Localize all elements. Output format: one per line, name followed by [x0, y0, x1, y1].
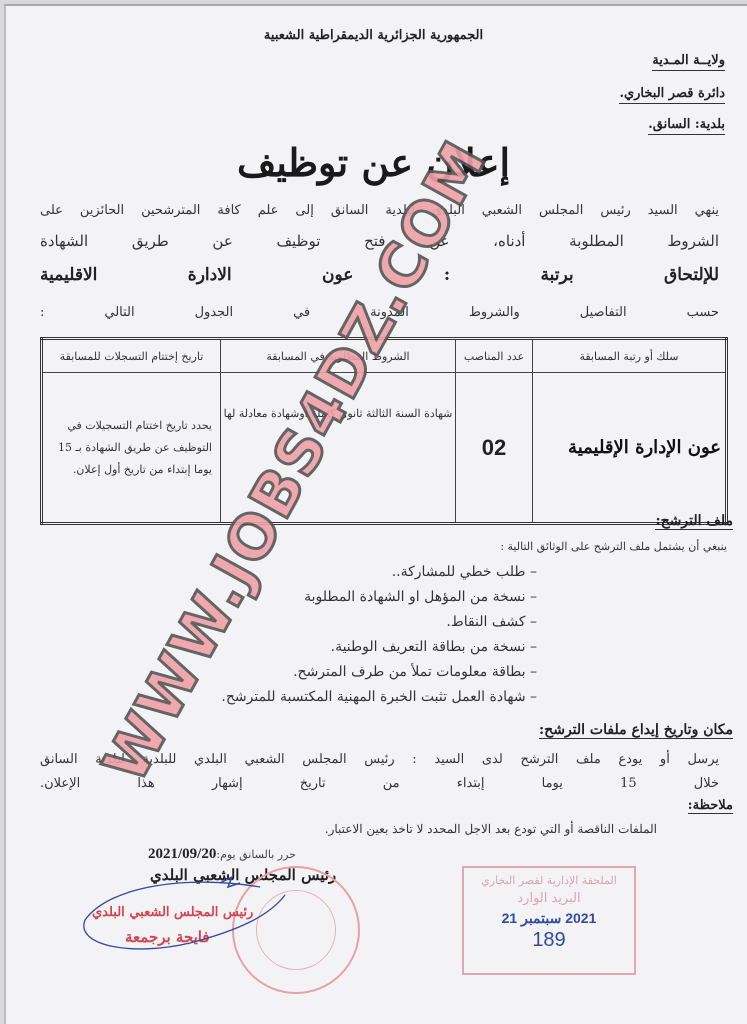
- baladiya-label: بلدية: السانق.: [648, 117, 725, 135]
- list-item: نسخة من بطاقة التعريف الوطنية.: [221, 635, 537, 660]
- receipt-stamp-line-1: الملحقة الإدارية لقصر البخاري: [464, 874, 634, 887]
- receipt-stamp-line-2: البريد الوارد: [464, 891, 634, 906]
- daira-label: دائرة قصر البخاري.: [619, 86, 725, 104]
- documents-list: طلب خطي للمشاركة.. نسخة من المؤهل او الش…: [221, 560, 537, 710]
- signature-date: 2021/09/20: [148, 846, 216, 862]
- table-row: عون الإدارة الإقليمية 02 شهادة السنة الث…: [42, 373, 727, 524]
- receipt-date: 2021 سبتمبر 21: [464, 910, 634, 927]
- page-title: إعلان عن توظيف: [0, 140, 747, 185]
- note-text: الملفات الناقصة أو التي تودع بعد الاجل ا…: [325, 822, 657, 836]
- receipt-stamp: الملحقة الإدارية لقصر البخاري البريد الو…: [462, 866, 636, 975]
- list-item: شهادة العمل تثبت الخبرة المهنية المكتسبة…: [221, 685, 537, 710]
- list-item: بطاقة معلومات تملأ من طرف المترشح.: [221, 660, 537, 685]
- file-heading: ملف الترشح:: [655, 513, 733, 530]
- republic-header: الجمهورية الجزائرية الديمقراطية الشعبية: [0, 28, 747, 43]
- intro-line-1: ينهي السيد رئيس المجلس الشعبي البلدي لبل…: [40, 203, 719, 218]
- col-posts: عدد المناصب: [456, 339, 533, 373]
- list-item: كشف النقاط.: [221, 610, 537, 635]
- list-item: نسخة من المؤهل او الشهادة المطلوبة: [221, 585, 537, 610]
- wilaya-label: ولايــة المـدية: [652, 53, 725, 71]
- cell-rank: عون الإدارة الإقليمية: [533, 373, 727, 524]
- col-rank: سلك أو رتبة المسابقة: [533, 339, 727, 373]
- note-heading: ملاحظة:: [688, 798, 733, 814]
- deposit-heading: مكان وتاريخ إيداع ملفات الترشح:: [539, 722, 733, 739]
- handwritten-signature: [70, 865, 300, 965]
- col-closing-date: تاريخ إختتام التسجلات للمسابقة: [42, 339, 221, 373]
- signature-date-line: حرر بالسانق يوم:2021/09/20: [122, 843, 322, 863]
- cell-closing-date: يحدد تاريخ اختتام التسجيلات في التوظيف ع…: [42, 373, 221, 524]
- file-intro: ينبغي أن يشتمل ملف الترشح على الوثائق ال…: [500, 540, 727, 553]
- receipt-number: 189: [464, 929, 634, 952]
- cell-posts: 02: [456, 373, 533, 524]
- place-date-label: حرر بالسانق يوم:: [216, 848, 296, 861]
